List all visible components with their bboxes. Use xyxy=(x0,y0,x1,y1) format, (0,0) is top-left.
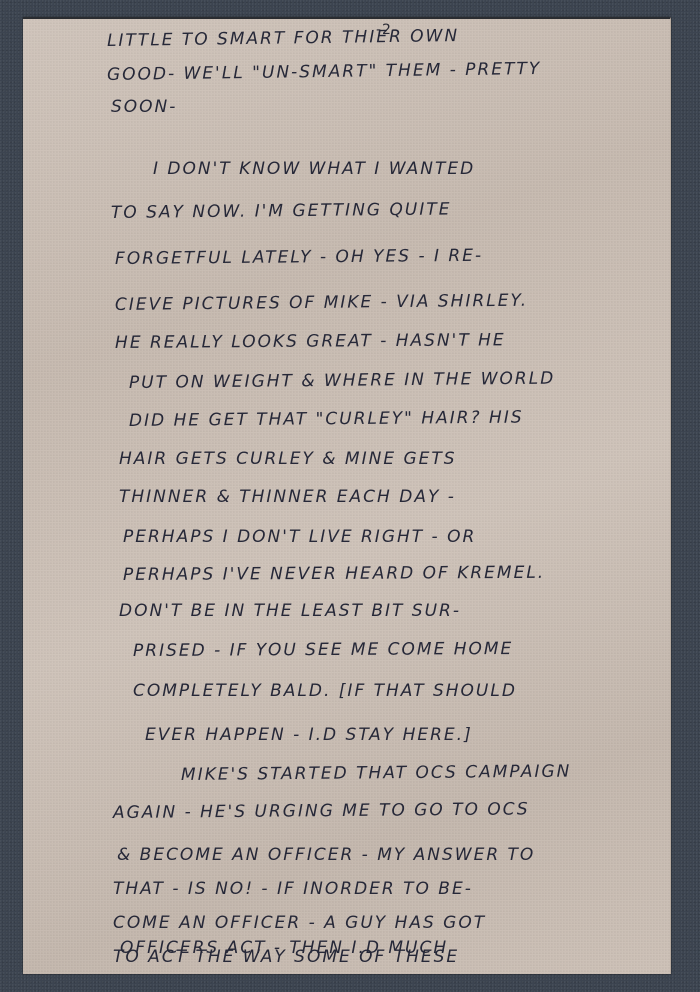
text-line: put on weight & where in the world xyxy=(129,369,555,393)
text-line: & become an officer - My answer to xyxy=(117,845,535,865)
text-line: completely bald. [If that should xyxy=(133,681,517,701)
text-line: thinner & thinner each day - xyxy=(119,487,456,507)
text-line: Don't be in the least bit sur- xyxy=(119,601,461,621)
text-line: soon- xyxy=(111,97,177,117)
text-line: prised - if you see me come home xyxy=(133,639,513,661)
text-line: come an officer - a guy has got xyxy=(113,913,486,933)
text-line: officers act - then I.d much xyxy=(120,938,448,958)
text-line: cieve pictures of Mike - via Shirley. xyxy=(115,291,528,315)
text-line: Little to smart for thier own xyxy=(107,26,459,51)
text-line: Perhaps I don't live right - or xyxy=(123,527,476,547)
text-line: I don't know what I wanted xyxy=(153,159,475,179)
text-line: Mike's started that OCS campaign xyxy=(181,762,572,785)
text-line: perhaps I've never heard of Kremel. xyxy=(123,563,545,585)
text-line: again - He's urging me to go to OCS xyxy=(113,799,530,823)
text-line: to say now. I'm getting quite xyxy=(111,199,452,223)
text-line: Good- We'll "un-smart" them - pretty xyxy=(107,59,541,85)
text-line: ever happen - I.d stay here.] xyxy=(145,725,473,745)
text-line: forgetful lately - Oh yes - I re- xyxy=(115,246,483,269)
text-line: hair gets curley & mine gets xyxy=(119,449,457,469)
text-line: did he get that "curley" hair? His xyxy=(129,408,524,431)
text-line: He really looks great - Hasn't he xyxy=(115,330,506,353)
letter-page: -2- Little to smart for thier own Good- … xyxy=(23,17,671,974)
text-line: that - is no! - If inorder to be- xyxy=(113,879,473,899)
